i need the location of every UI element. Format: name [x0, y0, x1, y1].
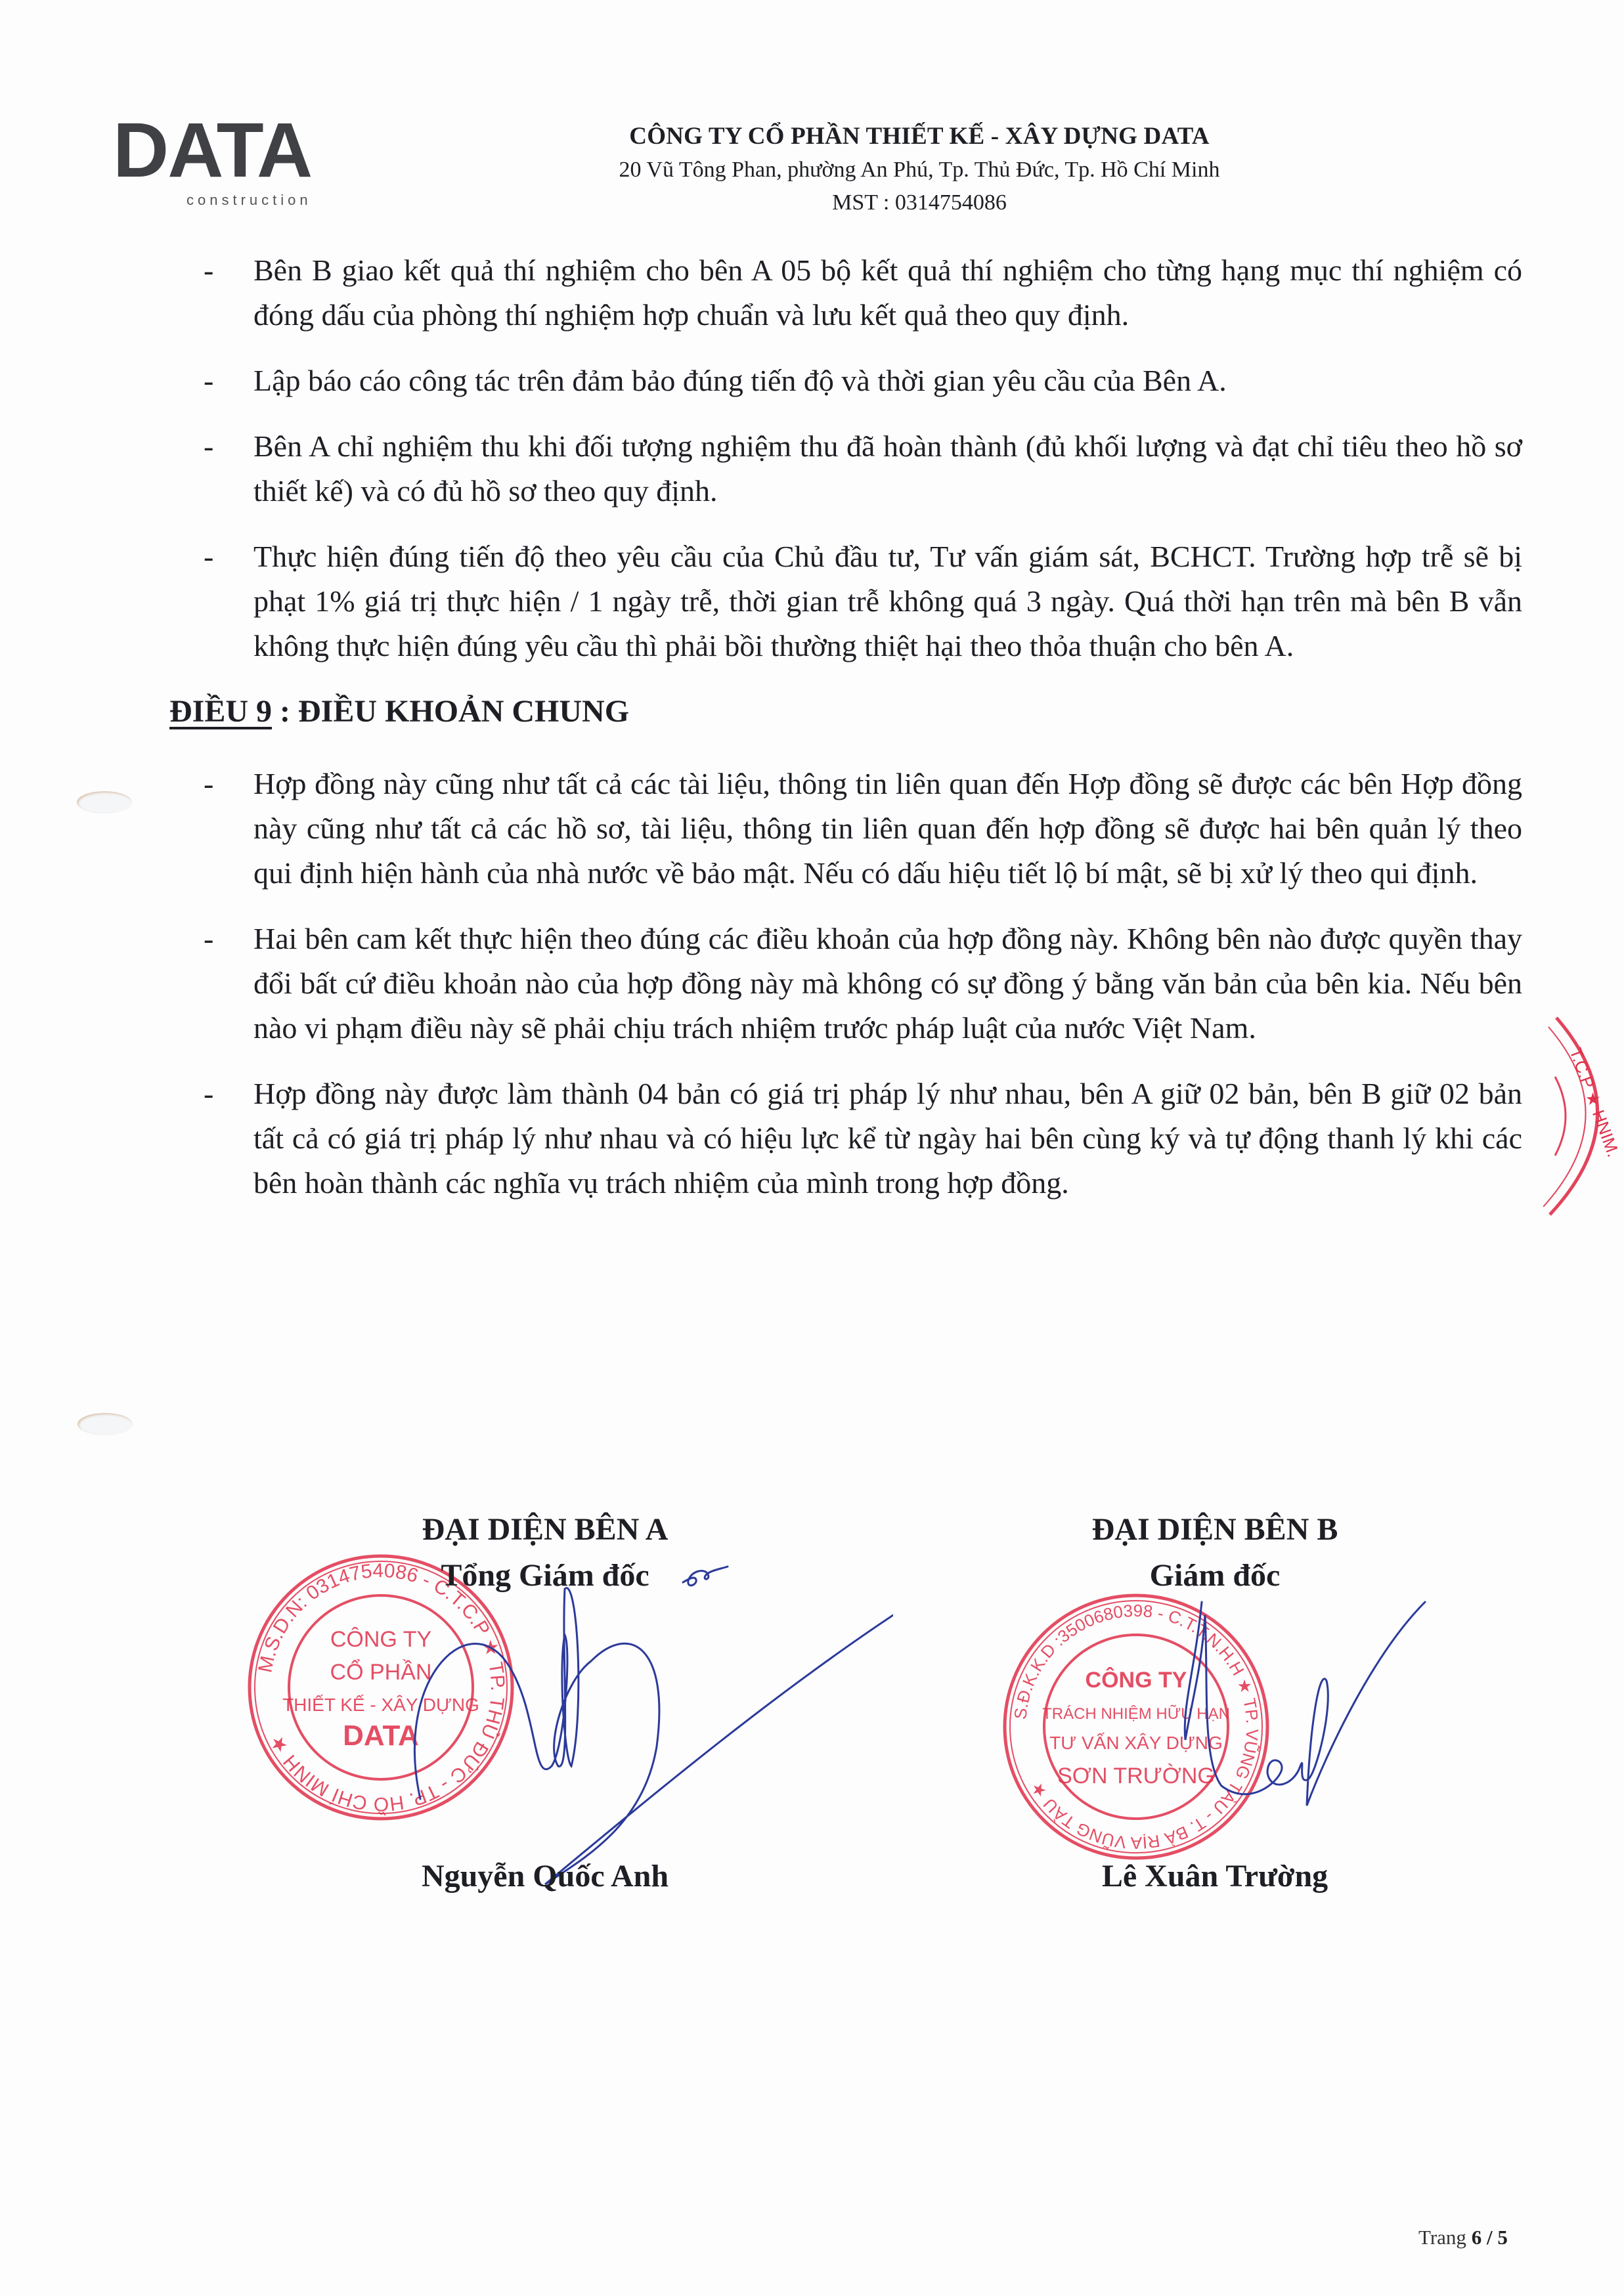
- list-item: -Thực hiện đúng tiến độ theo yêu cầu của…: [169, 534, 1522, 668]
- seal-b-ring-text: S.Đ.K.K.D :3500680398 - C.T.T.N.H.H ★ TP…: [1010, 1601, 1262, 1853]
- list-item-text: Hợp đồng này cũng như tất cả các tài liệ…: [253, 767, 1522, 890]
- punch-hole: [77, 791, 132, 813]
- bullet-marker: -: [204, 424, 213, 469]
- logo-wordmark: DATA: [113, 112, 311, 189]
- company-address: 20 Vũ Tông Phan, phường An Phú, Tp. Thủ …: [558, 154, 1281, 186]
- seal-b-line2: TRÁCH NHIỆM HỮU HẠN: [1042, 1704, 1230, 1723]
- party-a-heading: ĐẠI DIỆN BÊN A: [368, 1507, 722, 1553]
- section-title: : ĐIỀU KHOẢN CHUNG: [272, 694, 629, 729]
- handwritten-signature-b: [1156, 1589, 1445, 1865]
- bullet-marker: -: [204, 358, 213, 403]
- document-page: DATA construction CÔNG TY CỔ PHẦN THIẾT …: [0, 0, 1624, 2296]
- bullet-marker: -: [204, 534, 213, 579]
- seal-b-line1: CÔNG TY: [1086, 1667, 1187, 1693]
- list-item: -Bên A chỉ nghiệm thu khi đối tượng nghi…: [169, 424, 1522, 513]
- page-number: Trang 6 / 5: [1418, 2226, 1508, 2249]
- company-logo: DATA construction: [113, 112, 336, 210]
- seal-a-line1: CÔNG TY: [330, 1627, 431, 1652]
- punch-hole: [77, 1413, 133, 1435]
- bullet-marker: -: [204, 1072, 213, 1116]
- party-b-signatory-name: Lê Xuân Trường: [1044, 1858, 1386, 1894]
- page-current: 6: [1472, 2226, 1482, 2249]
- svg-text:S.Đ.K.K.D :3500680398 - C.T.T.: S.Đ.K.K.D :3500680398 - C.T.T.N.H.H ★ TP…: [1010, 1601, 1262, 1853]
- list-item-text: Bên B giao kết quả thí nghiệm cho bên A …: [253, 253, 1522, 332]
- section-label: ĐIỀU 9: [169, 694, 272, 729]
- list-item: -Hợp đồng này được làm thành 04 bản có g…: [169, 1072, 1522, 1205]
- logo-tagline: construction: [187, 192, 312, 209]
- seal-a-line4: DATA: [343, 1720, 419, 1752]
- obligations-list: -Bên B giao kết quả thí nghiệm cho bên A…: [169, 248, 1522, 668]
- list-item-text: Hợp đồng này được làm thành 04 bản có gi…: [253, 1077, 1522, 1200]
- page-edge-seal: T.C.P ★ HNIM.: [1543, 1011, 1622, 1221]
- general-terms-list: -Hợp đồng này cũng như tất cả các tài li…: [169, 762, 1522, 1205]
- list-item-text: Hai bên cam kết thực hiện theo đúng các …: [253, 922, 1522, 1045]
- list-item: -Hai bên cam kết thực hiện theo đúng các…: [169, 917, 1522, 1051]
- party-b-heading: ĐẠI DIỆN BÊN B: [1044, 1507, 1386, 1553]
- seal-b-line4: SƠN TRƯỜNG: [1057, 1764, 1215, 1788]
- signature-block-party-b: ĐẠI DIỆN BÊN B Giám đốc: [1044, 1507, 1386, 1599]
- party-a-signatory-name: Nguyễn Quốc Anh: [368, 1858, 722, 1894]
- handwritten-signature-a: [368, 1549, 893, 1891]
- contract-body: -Bên B giao kết quả thí nghiệm cho bên A…: [169, 248, 1522, 1226]
- company-seal-b: S.Đ.K.K.D :3500680398 - C.T.T.N.H.H ★ TP…: [998, 1589, 1274, 1865]
- list-item: -Bên B giao kết quả thí nghiệm cho bên A…: [169, 248, 1522, 337]
- letterhead: CÔNG TY CỔ PHẦN THIẾT KẾ - XÂY DỰNG DATA…: [558, 119, 1281, 219]
- list-item-text: Bên A chỉ nghiệm thu khi đối tượng nghiệ…: [253, 429, 1522, 508]
- bullet-marker: -: [204, 762, 213, 806]
- section-heading: ĐIỀU 9 : ĐIỀU KHOẢN CHUNG: [169, 689, 1522, 734]
- signature-block-party-a: ĐẠI DIỆN BÊN A Tổng Giám đốc: [368, 1507, 722, 1599]
- list-item: -Hợp đồng này cũng như tất cả các tài li…: [169, 762, 1522, 896]
- party-a-role: Tổng Giám đốc: [368, 1553, 722, 1599]
- edge-seal-text: T.C.P ★ HNIM.: [1566, 1045, 1622, 1159]
- seal-a-line3: THIẾT KẾ - XÂY DỰNG: [282, 1695, 479, 1715]
- bullet-marker: -: [204, 917, 213, 961]
- page-total: 5: [1497, 2226, 1508, 2249]
- seal-a-line2: CỔ PHẦN: [330, 1660, 432, 1685]
- page-separator: /: [1481, 2226, 1497, 2249]
- seal-b-line3: TƯ VẤN XÂY DỰNG: [1049, 1733, 1223, 1753]
- party-b-role: Giám đốc: [1044, 1553, 1386, 1599]
- list-item: -Lập báo cáo công tác trên đảm bảo đúng …: [169, 358, 1522, 403]
- list-item-text: Thực hiện đúng tiến độ theo yêu cầu của …: [253, 540, 1522, 662]
- company-name: CÔNG TY CỔ PHẦN THIẾT KẾ - XÂY DỰNG DATA: [558, 119, 1281, 154]
- page-label: Trang: [1418, 2226, 1472, 2249]
- company-tax-code: MST : 0314754086: [558, 186, 1281, 219]
- bullet-marker: -: [204, 248, 213, 293]
- list-item-text: Lập báo cáo công tác trên đảm bảo đúng t…: [253, 364, 1227, 397]
